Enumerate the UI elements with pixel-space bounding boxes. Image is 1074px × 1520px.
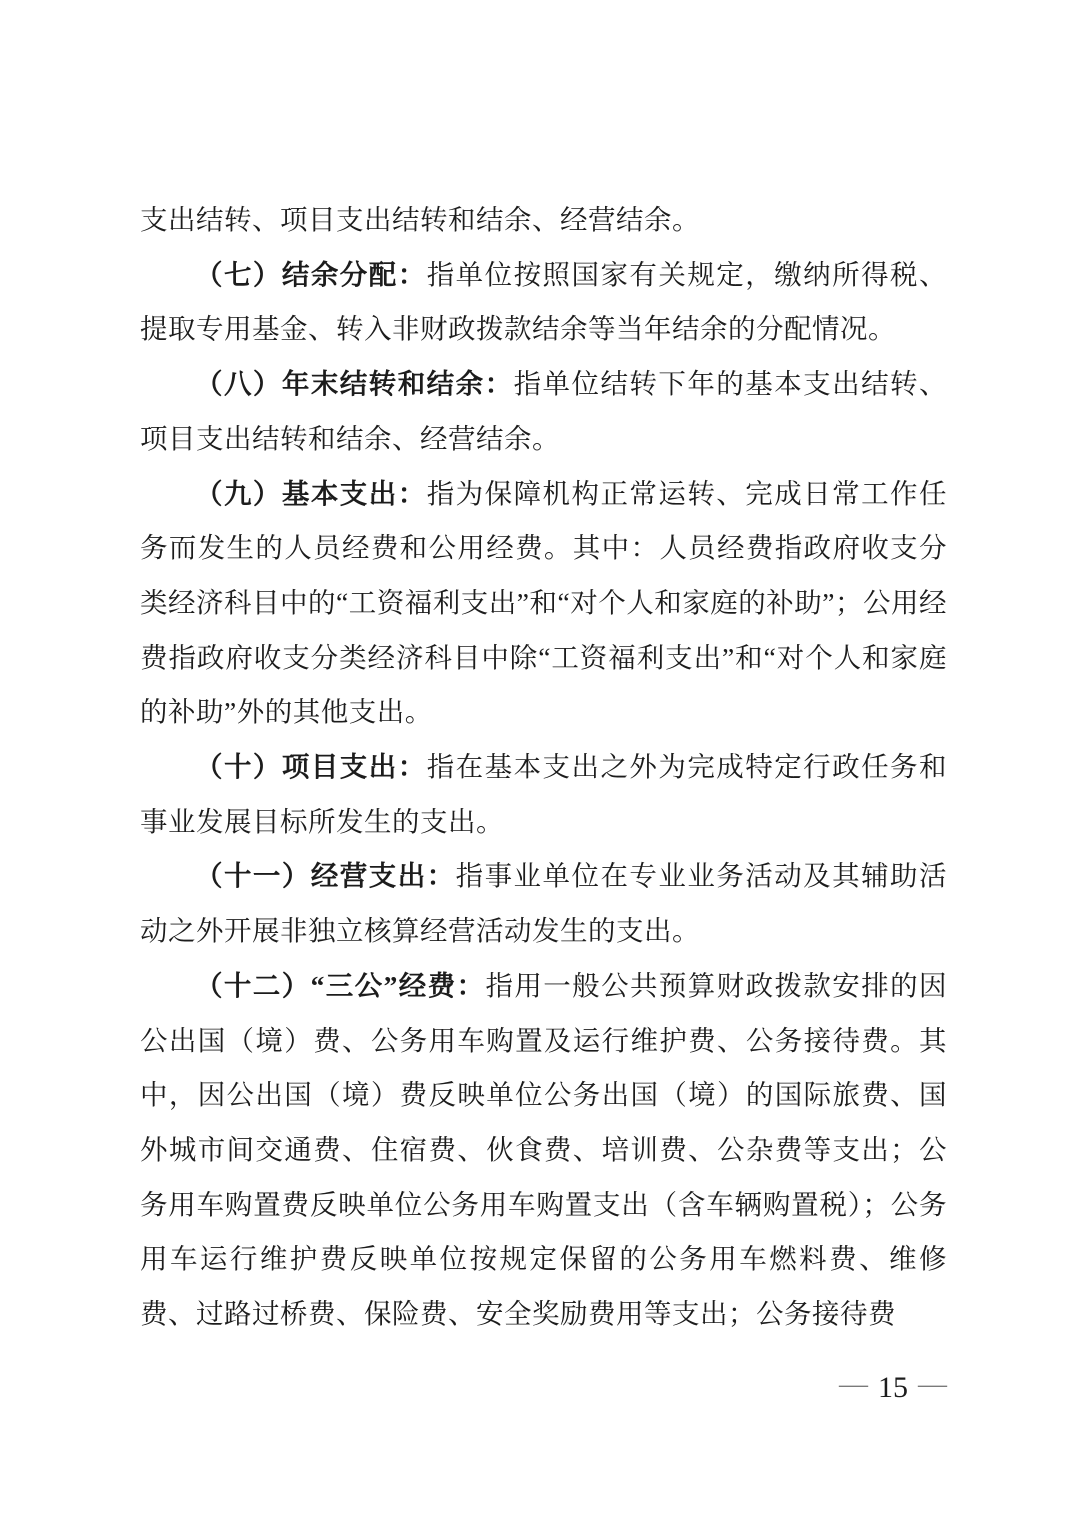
paragraph-1: （七）结余分配：指单位按照国家有关规定，缴纳所得税、提取专用基金、转入非财政拨款… (140, 248, 947, 357)
document-page: 支出结转、项目支出结转和结余、经营结余。（七）结余分配：指单位按照国家有关规定，… (0, 0, 1074, 1520)
paragraph-3-text: 指为保障机构正常运转、完成日常工作任务而发生的人员经费和公用经费。其中：人员经费… (140, 478, 947, 728)
paragraph-5: （十一）经营支出：指事业单位在专业业务活动及其辅助活动之外开展非独立核算经营活动… (140, 849, 947, 958)
paragraph-2-lead: （八）年末结转和结余： (195, 368, 514, 399)
paragraph-4-lead: （十）项目支出： (195, 751, 427, 782)
paragraph-6: （十二）“三公”经费：指用一般公共预算财政拨款安排的因公出国（境）费、公务用车购… (140, 959, 947, 1342)
paragraph-3: （九）基本支出：指为保障机构正常运转、完成日常工作任务而发生的人员经费和公用经费… (140, 467, 947, 741)
footer-dash-left: — (839, 1368, 868, 1400)
document-body: 支出结转、项目支出结转和结余、经营结余。（七）结余分配：指单位按照国家有关规定，… (140, 193, 947, 1342)
paragraph-4: （十）项目支出：指在基本支出之外为完成特定行政任务和事业发展目标所发生的支出。 (140, 740, 947, 849)
paragraph-2: （八）年末结转和结余：指单位结转下年的基本支出结转、项目支出结转和结余、经营结余… (140, 357, 947, 466)
paragraph-5-lead: （十一）经营支出： (195, 860, 456, 891)
page-number: 15 (878, 1371, 908, 1404)
paragraph-6-text: 指用一般公共预算财政拨款安排的因公出国（境）费、公务用车购置及运行维护费、公务接… (140, 970, 947, 1329)
paragraph-1-lead: （七）结余分配： (195, 259, 427, 290)
paragraph-3-lead: （九）基本支出： (195, 478, 427, 509)
page-footer: —15— (839, 1372, 947, 1404)
paragraph-0: 支出结转、项目支出结转和结余、经营结余。 (140, 193, 947, 248)
paragraph-0-text: 支出结转、项目支出结转和结余、经营结余。 (140, 204, 700, 235)
paragraph-6-lead: （十二）“三公”经费： (195, 970, 485, 1001)
footer-dash-right: — (918, 1368, 947, 1400)
